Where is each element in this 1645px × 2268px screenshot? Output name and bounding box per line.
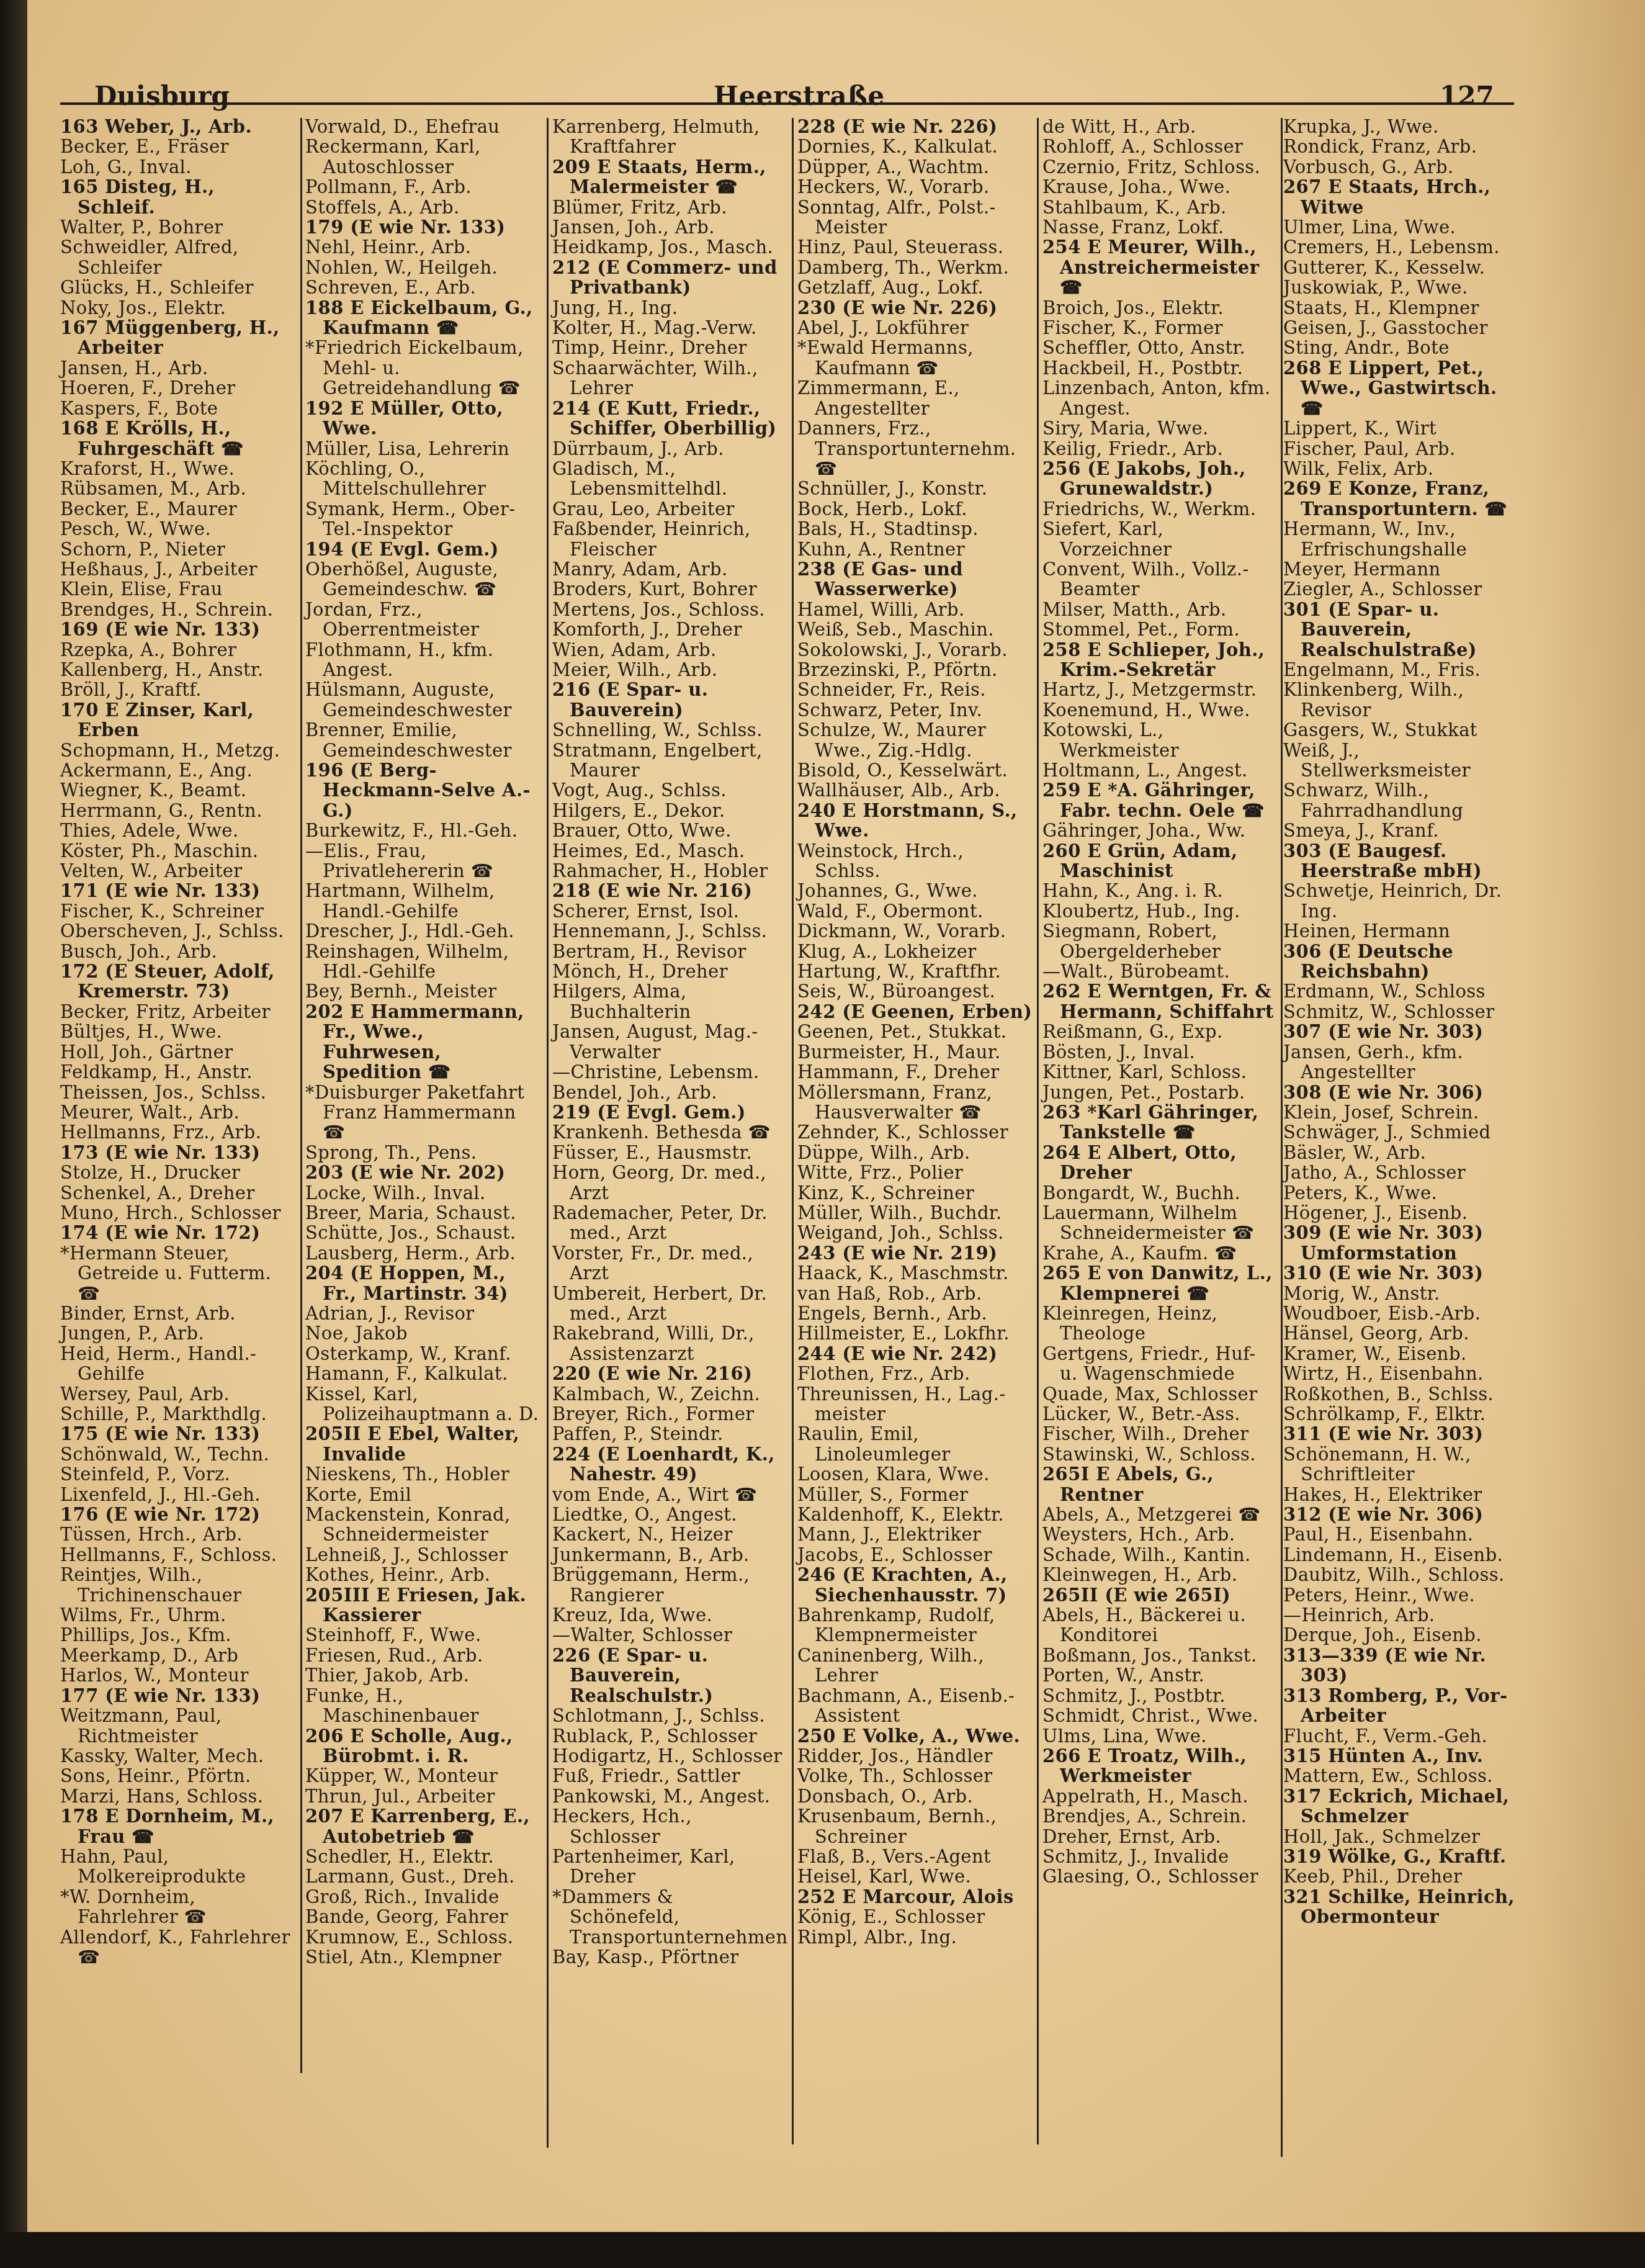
resident-entry: Morig, W., Anstr. [1283, 1284, 1519, 1303]
resident-entry: Horn, Georg, Dr. med., Arzt [552, 1163, 788, 1203]
resident-entry: Hamann, F., Kalkulat. [305, 1364, 541, 1384]
resident-entry: Walter, P., Bohrer [60, 217, 296, 237]
resident-entry: Sons, Heinr., Pförtn. [60, 1766, 296, 1786]
resident-entry: Abel, J., Lokführer [797, 318, 1033, 338]
resident-entry: Glaesing, O., Schlosser [1042, 1866, 1278, 1886]
resident-entry: Lauermann, Wilhelm Schneidermeister ☎ [1042, 1203, 1278, 1243]
resident-entry: Klein, Josef, Schrein. [1283, 1102, 1519, 1122]
resident-entry: Vorbusch, G., Arb. [1283, 157, 1519, 177]
resident-entry: Hermann, W., Inv., Erfrischungshalle [1283, 519, 1519, 559]
resident-entry: Milser, Matth., Arb. [1042, 600, 1278, 619]
house-number-entry: 260 E Grün, Adam, Maschinist [1042, 841, 1278, 881]
resident-entry: Siegmann, Robert, Obergelderheber [1042, 921, 1278, 961]
resident-entry: Breyer, Rich., Former [552, 1404, 788, 1424]
resident-entry: Juskowiak, P., Wwe. [1283, 277, 1519, 297]
house-number-entry: 312 (E wie Nr. 306) [1283, 1505, 1519, 1524]
resident-entry: Hartung, W., Kraftfhr. [797, 961, 1033, 981]
house-number-entry: 265 E von Danwitz, L., Klempnerei ☎ [1042, 1263, 1278, 1303]
house-number-entry: 303 (E Baugesf. Heerstraße mbH) [1283, 841, 1519, 881]
resident-entry: Fischer, K., Former [1042, 318, 1278, 338]
resident-entry: Rübsamen, M., Arb. [60, 479, 296, 498]
column-4: 228 (E wie Nr. 226)Dornies, K., Kalkulat… [797, 117, 1033, 1947]
resident-entry: *Hermann Steuer, Getreide u. Futterm. ☎ [60, 1243, 296, 1303]
resident-entry: Engels, Bernh., Arb. [797, 1303, 1033, 1323]
resident-entry: Dürrbaum, J., Arb. [552, 439, 788, 459]
house-number-entry: 209 E Staats, Herm., Malermeister ☎ [552, 157, 788, 197]
resident-entry: Seis, W., Büroangest. [797, 981, 1033, 1001]
house-number-entry: 240 E Horstmann, S., Wwe. [797, 801, 1033, 841]
house-number-entry: 308 (E wie Nr. 306) [1283, 1082, 1519, 1102]
house-number-entry: 252 E Marcour, Alois [797, 1887, 1033, 1907]
resident-entry: Kalmbach, W., Zeichn. [552, 1384, 788, 1404]
house-number-entry: 309 (E wie Nr. 303) Umformstation [1283, 1223, 1519, 1263]
resident-entry: Hinz, Paul, Steuerass. [797, 237, 1033, 257]
house-number-entry: 206 E Scholle, Aug., Bürobmt. i. R. [305, 1726, 541, 1766]
resident-entry: Brauer, Otto, Wwe. [552, 821, 788, 840]
resident-entry: Caninenberg, Wilh., Lehrer [797, 1645, 1033, 1686]
resident-entry: Hahn, Paul, Molkereiprodukte [60, 1847, 296, 1887]
resident-entry: Steinfeld, P., Vorz. [60, 1464, 296, 1484]
column-3: Karrenberg, Helmuth, Kraftfahrer209 E St… [552, 117, 788, 1967]
resident-entry: Schedler, H., Elektr. [305, 1847, 541, 1866]
resident-entry: Sting, Andr., Bote [1283, 338, 1519, 358]
house-number-entry: 203 (E wie Nr. 202) [305, 1163, 541, 1182]
resident-entry: Högener, J., Eisenb. [1283, 1203, 1519, 1223]
resident-entry: Krause, Joha., Wwe. [1042, 177, 1278, 197]
resident-entry: Herrmann, G., Rentn. [60, 801, 296, 821]
resident-entry: Bertram, H., Revisor [552, 942, 788, 961]
column-6: Krupka, J., Wwe.Rondick, Franz, Arb.Vorb… [1283, 117, 1519, 1927]
running-head-city: Duisburg [94, 81, 230, 111]
resident-entry: Scherer, Ernst, Isol. [552, 901, 788, 921]
resident-entry: Becker, E., Fräser [60, 137, 296, 156]
resident-entry: Gasgers, W., Stukkat [1283, 720, 1519, 740]
resident-entry: Broich, Jos., Elektr. [1042, 298, 1278, 318]
resident-entry: Kolter, H., Mag.-Verw. [552, 318, 788, 338]
resident-entry: Klug, A., Lokheizer [797, 942, 1033, 961]
house-number-entry: 176 (E wie Nr. 172) [60, 1505, 296, 1524]
house-number-entry: 168 E Krölls, H., Fuhrgeschäft ☎ [60, 418, 296, 459]
resident-entry: Vogt, Aug., Schlss. [552, 780, 788, 800]
resident-entry: Czernio, Fritz, Schloss. [1042, 157, 1278, 177]
resident-entry: Tüssen, Hrch., Arb. [60, 1524, 296, 1544]
resident-entry: *W. Dornheim, Fahrlehrer ☎ [60, 1887, 296, 1927]
resident-entry: Haack, K., Maschmstr. [797, 1263, 1033, 1283]
house-number-entry: 313—339 (E wie Nr. 303) [1283, 1645, 1519, 1686]
resident-entry: Quade, Max, Schlosser [1042, 1384, 1278, 1404]
resident-entry: Schnelling, W., Schlss. [552, 720, 788, 740]
house-number-entry: 212 (E Commerz- und Privatbank) [552, 258, 788, 298]
resident-entry: Bösten, J., Inval. [1042, 1042, 1278, 1062]
resident-entry: Mann, J., Elektriker [797, 1524, 1033, 1544]
resident-entry: Danners, Frz., Transportunternehm. ☎ [797, 418, 1033, 479]
resident-entry: Porten, W., Anstr. [1042, 1665, 1278, 1685]
resident-entry: Hamel, Willi, Arb. [797, 600, 1033, 619]
resident-entry: Wilms, Fr., Uhrm. [60, 1605, 296, 1625]
resident-entry: Boßmann, Jos., Tankst. [1042, 1645, 1278, 1665]
resident-entry: Gähringer, Joha., Ww. [1042, 821, 1278, 840]
resident-entry: Threunissen, H., Lag.-meister [797, 1384, 1033, 1424]
resident-entry: Jungen, P., Arb. [60, 1323, 296, 1343]
resident-entry: Gladisch, M., Lebensmittelhdl. [552, 459, 788, 499]
resident-entry: Schneider, Fr., Reis. [797, 680, 1033, 700]
house-number-entry: 205III E Friesen, Jak. Kassierer [305, 1585, 541, 1626]
resident-entry: Koenemund, H., Wwe. [1042, 700, 1278, 720]
resident-entry: Schopmann, H., Metzg. [60, 740, 296, 760]
resident-entry: Jansen, H., Arb. [60, 358, 296, 378]
resident-entry: Brüggemann, Herm., Rangierer [552, 1565, 788, 1605]
resident-entry: Getzlaff, Aug., Lokf. [797, 277, 1033, 297]
resident-entry: Krankenh. Bethesda ☎ [552, 1122, 788, 1142]
resident-entry: Hilgers, E., Dekor. [552, 801, 788, 821]
resident-entry: Brzezinski, P., Pförtn. [797, 660, 1033, 680]
resident-entry: Breer, Maria, Schaust. [305, 1203, 541, 1223]
resident-entry: Nohlen, W., Heilgeh. [305, 258, 541, 277]
resident-entry: —Christine, Lebensm. [552, 1062, 788, 1082]
resident-entry: Lindemann, H., Eisenb. [1283, 1545, 1519, 1565]
column-divider [1037, 118, 1039, 2144]
resident-entry: Cremers, H., Lebensm. [1283, 237, 1519, 257]
resident-entry: Stiel, Atn., Klempner [305, 1947, 541, 1967]
resident-entry: Binder, Ernst, Arb. [60, 1303, 296, 1323]
resident-entry: Daubitz, Wilh., Schloss. [1283, 1565, 1519, 1585]
resident-entry: Kramer, W., Eisenb. [1283, 1344, 1519, 1364]
resident-entry: Linzenbach, Anton, kfm. Angest. [1042, 378, 1278, 418]
house-number-entry: 264 E Albert, Otto, Dreher [1042, 1143, 1278, 1183]
house-number-entry: 169 (E wie Nr. 133) [60, 619, 296, 639]
resident-entry: Paul, H., Eisenbahn. [1283, 1524, 1519, 1544]
resident-entry: Feldkamp, H., Anstr. [60, 1062, 296, 1082]
resident-entry: Pollmann, F., Arb. [305, 177, 541, 197]
resident-entry: Brenner, Emilie, Gemeindeschwester [305, 720, 541, 760]
resident-entry: Meier, Wilh., Arb. [552, 660, 788, 680]
resident-entry: Velten, W., Arbeiter [60, 861, 296, 881]
house-number-entry: 243 (E wie Nr. 219) [797, 1243, 1033, 1263]
resident-entry: Schmitz, W., Schlosser [1283, 1002, 1519, 1022]
resident-entry: Düppe, Wilh., Arb. [797, 1143, 1033, 1163]
resident-entry: Korte, Emil [305, 1485, 541, 1505]
house-number-entry: 207 E Karrenberg, E., Autobetrieb ☎ [305, 1806, 541, 1847]
resident-entry: Ziegler, A., Schlosser [1283, 579, 1519, 599]
resident-entry: Jansen, Joh., Arb. [552, 217, 788, 237]
house-number-entry: 319 Wölke, G., Kraftf. [1283, 1847, 1519, 1866]
resident-entry: Roßkothen, B., Schlss. [1283, 1384, 1519, 1404]
house-number-entry: 268 E Lippert, Pet., Wwe., Gastwirtsch. … [1283, 358, 1519, 418]
resident-entry: Meerkamp, D., Arb [60, 1645, 296, 1665]
resident-entry: Schnüller, J., Konstr. [797, 479, 1033, 498]
resident-entry: Hellmanns, Frz., Arb. [60, 1122, 296, 1142]
resident-entry: Schlotmann, J., Schlss. [552, 1706, 788, 1726]
resident-entry: Schmitz, J., Postbtr. [1042, 1686, 1278, 1706]
resident-entry: Flaß, B., Vers.-Agent [797, 1847, 1033, 1866]
resident-entry: Schwarz, Peter, Inv. [797, 700, 1033, 720]
resident-entry: Hammann, F., Dreher [797, 1062, 1033, 1082]
resident-entry: Volke, Th., Schlosser [797, 1766, 1033, 1786]
column-1: 163 Weber, J., Arb.Becker, E., FräserLoh… [60, 117, 296, 1967]
resident-entry: Schütte, Jos., Schaust. [305, 1223, 541, 1243]
resident-entry: Loosen, Klara, Wwe. [797, 1464, 1033, 1484]
resident-entry: Locke, Wilh., Inval. [305, 1183, 541, 1203]
resident-entry: Keeb, Phil., Dreher [1283, 1866, 1519, 1886]
house-number-entry: 238 (E Gas- und Wasserwerke) [797, 559, 1033, 600]
house-number-entry: 205II E Ebel, Walter, Invalide [305, 1424, 541, 1464]
resident-entry: Kissel, Karl, Polizeihauptmann a. D. [305, 1384, 541, 1424]
resident-entry: Komforth, J., Dreher [552, 619, 788, 639]
resident-entry: Busch, Joh., Arb. [60, 942, 296, 961]
resident-entry: Ridder, Jos., Händler [797, 1746, 1033, 1766]
house-number-entry: 224 (E Loenhardt, K., Nahestr. 49) [552, 1444, 788, 1485]
resident-entry: Rublack, P., Schlosser [552, 1726, 788, 1746]
resident-entry: Siry, Maria, Wwe. [1042, 418, 1278, 438]
resident-entry: Köster, Ph., Maschin. [60, 841, 296, 861]
house-number-entry: 265I E Abels, G., Rentner [1042, 1464, 1278, 1505]
resident-entry: Wallhäuser, Alb., Arb. [797, 780, 1033, 800]
resident-entry: Jordan, Frz., Oberrentmeister [305, 600, 541, 640]
resident-entry: Lausberg, Herm., Arb. [305, 1243, 541, 1263]
resident-entry: Donsbach, O., Arb. [797, 1786, 1033, 1806]
resident-entry: Keilig, Friedr., Arb. [1042, 439, 1278, 459]
column-5: de Witt, H., Arb.Rohloff, A., SchlosserC… [1042, 117, 1278, 1887]
house-number-entry: 177 (E wie Nr. 133) [60, 1686, 296, 1706]
resident-entry: Schille, P., Markthdlg. [60, 1404, 296, 1424]
house-number-entry: 165 Disteg, H., Schleif. [60, 177, 296, 217]
resident-entry: Ackermann, E., Ang. [60, 760, 296, 780]
house-number-entry: 301 (E Spar- u. Bauverein, Realschulstra… [1283, 600, 1519, 660]
resident-entry: Broders, Kurt, Bohrer [552, 579, 788, 599]
resident-entry: Noe, Jakob [305, 1323, 541, 1343]
house-number-entry: 202 E Hammermann, Fr., Wwe., Fuhrwesen, … [305, 1002, 541, 1082]
resident-entry: Kinz, K., Schreiner [797, 1183, 1033, 1203]
resident-entry: Loh, G., Inval. [60, 157, 296, 177]
house-number-entry: 220 (E wie Nr. 216) [552, 1364, 788, 1384]
house-number-entry: 175 (E wie Nr. 133) [60, 1424, 296, 1444]
resident-entry: Gutterer, K., Kesselw. [1283, 258, 1519, 277]
resident-entry: Klinkenberg, Wilh., Revisor [1283, 680, 1519, 720]
resident-entry: Larmann, Gust., Dreh. [305, 1866, 541, 1886]
resident-entry: Funke, H., Maschinenbauer [305, 1686, 541, 1726]
house-number-entry: 163 Weber, J., Arb. [60, 117, 296, 137]
resident-entry: Kassky, Walter, Mech. [60, 1746, 296, 1766]
resident-entry: Karrenberg, Helmuth, Kraftfahrer [552, 117, 788, 157]
resident-entry: Convent, Wilh., Vollz.-Beamter [1042, 559, 1278, 600]
resident-entry: Smeya, J., Kranf. [1283, 821, 1519, 840]
house-number-entry: 317 Eckrich, Michael, Schmelzer [1283, 1786, 1519, 1827]
resident-entry: Jung, H., Ing. [552, 298, 788, 318]
column-divider [547, 118, 549, 2148]
house-number-entry: 219 (E Evgl. Gem.) [552, 1102, 788, 1122]
resident-entry: Müller, Wilh., Buchdr. [797, 1203, 1033, 1223]
resident-entry: Umbereit, Herbert, Dr. med., Arzt [552, 1284, 788, 1324]
resident-entry: Johannes, G., Wwe. [797, 881, 1033, 901]
resident-entry: Reckermann, Karl, Autoschlosser [305, 137, 541, 177]
resident-entry: Weiß, Seb., Maschin. [797, 619, 1033, 639]
resident-entry: Steinhoff, F., Wwe. [305, 1625, 541, 1645]
resident-entry: Weysters, Hch., Arb. [1042, 1524, 1278, 1544]
resident-entry: Heinen, Hermann [1283, 921, 1519, 941]
house-number-entry: 315 Hünten A., Inv. [1283, 1746, 1519, 1766]
resident-entry: Fischer, K., Schreiner [60, 901, 296, 921]
house-number-entry: 244 (E wie Nr. 242) [797, 1344, 1033, 1364]
resident-entry: Schmitz, J., Invalide [1042, 1847, 1278, 1866]
resident-entry: Pankowski, M., Angest. [552, 1786, 788, 1806]
resident-entry: Heidkamp, Jos., Masch. [552, 237, 788, 257]
resident-entry: Osterkamp, W., Kranf. [305, 1344, 541, 1364]
column-divider [1281, 118, 1283, 2157]
resident-entry: van Haß, Rob., Arb. [797, 1284, 1033, 1303]
resident-entry: Symank, Herm., Ober-Tel.-Inspektor [305, 499, 541, 539]
resident-entry: Fuß, Friedr., Sattler [552, 1766, 788, 1786]
resident-entry: Oberscheven, J., Schlss. [60, 921, 296, 941]
resident-entry: Kallenberg, H., Anstr. [60, 660, 296, 680]
resident-entry: Adrian, J., Revisor [305, 1303, 541, 1323]
resident-entry: Kaspers, F., Bote [60, 398, 296, 418]
resident-entry: Abels, A., Metzgerei ☎ [1042, 1505, 1278, 1524]
header-rule [60, 102, 1514, 105]
resident-entry: Nasse, Franz, Lokf. [1042, 217, 1278, 237]
resident-entry: Stommel, Pet., Form. [1042, 619, 1278, 639]
house-number-entry: 310 (E wie Nr. 303) [1283, 1263, 1519, 1283]
resident-entry: Stawinski, W., Schloss. [1042, 1444, 1278, 1464]
house-number-entry: 259 E *A. Gähringer, Fabr. techn. Oele ☎ [1042, 780, 1278, 821]
resident-entry: Jacobs, E., Schlosser [797, 1545, 1033, 1565]
resident-entry: Rademacher, Peter, Dr. med., Arzt [552, 1203, 788, 1243]
resident-entry: Bals, H., Stadtinsp. [797, 519, 1033, 539]
resident-entry: —Walter, Schlosser [552, 1625, 788, 1645]
resident-entry: Schreven, E., Arb. [305, 277, 541, 297]
resident-entry: Wersey, Paul, Arb. [60, 1384, 296, 1404]
resident-entry: Möllersmann, Franz, Hausverwalter ☎ [797, 1082, 1033, 1123]
resident-entry: Kuhn, A., Rentner [797, 539, 1033, 559]
resident-entry: Stratmann, Engelbert, Maurer [552, 740, 788, 781]
house-number-entry: 174 (E wie Nr. 172) [60, 1223, 296, 1243]
resident-entry: Bande, Georg, Fahrer [305, 1907, 541, 1927]
resident-entry: Burkewitz, F., Hl.-Geh. [305, 821, 541, 840]
resident-entry: Jansen, August, Mag.-Verwalter [552, 1022, 788, 1062]
resident-entry: Hennemann, J., Schlss. [552, 921, 788, 941]
resident-entry: Dreher, Ernst, Arb. [1042, 1827, 1278, 1847]
resident-entry: Schweidler, Alfred, Schleifer [60, 237, 296, 277]
resident-entry: Paffen, P., Steindr. [552, 1424, 788, 1444]
resident-entry: Wilk, Felix, Arb. [1283, 459, 1519, 479]
resident-entry: Friedrichs, W., Werkm. [1042, 499, 1278, 519]
resident-entry: Kittner, Karl, Schloss. [1042, 1062, 1278, 1082]
resident-entry: Vorster, Fr., Dr. med., Arzt [552, 1243, 788, 1284]
house-number-entry: 179 (E wie Nr. 133) [305, 217, 541, 237]
resident-entry: Abels, H., Bäckerei u. Konditorei [1042, 1605, 1278, 1645]
resident-entry: Sonntag, Alfr., Polst.-Meister [797, 197, 1033, 238]
resident-entry: Bröll, J., Kraftf. [60, 680, 296, 700]
resident-entry: Wiegner, K., Beamt. [60, 780, 296, 800]
resident-entry: Mattern, Ew., Schloss. [1283, 1766, 1519, 1786]
column-divider [792, 118, 794, 2144]
resident-entry: Holl, Jak., Schmelzer [1283, 1827, 1519, 1847]
resident-entry: Glücks, H., Schleifer [60, 277, 296, 297]
house-number-entry: 242 (E Geenen, Erben) [797, 1002, 1033, 1022]
resident-entry: Thies, Adele, Wwe. [60, 821, 296, 840]
resident-entry: Bongardt, W., Buchh. [1042, 1183, 1278, 1203]
resident-entry: Reintjes, Wilh., Trichinenschauer [60, 1565, 296, 1605]
resident-entry: Hahn, K., Ang. i. R. [1042, 881, 1278, 901]
house-number-entry: 321 Schilke, Heinrich, Obermonteur [1283, 1887, 1519, 1927]
house-number-entry: 218 (E wie Nr. 216) [552, 881, 788, 901]
house-number-entry: 188 E Eickelbaum, G., Kaufmann ☎ [305, 298, 541, 338]
house-number-entry: 216 (E Spar- u. Bauverein) [552, 680, 788, 720]
resident-entry: Müller, S., Former [797, 1485, 1033, 1505]
resident-entry: —Walt., Bürobeamt. [1042, 961, 1278, 981]
resident-entry: Friesen, Rud., Arb. [305, 1645, 541, 1665]
resident-entry: Bisold, O., Kesselwärt. [797, 760, 1033, 780]
resident-entry: Raulin, Emil, Linoleumleger [797, 1424, 1033, 1464]
resident-entry: Grau, Leo, Arbeiter [552, 499, 788, 519]
column-divider [300, 118, 302, 2073]
resident-entry: Bock, Herb., Lokf. [797, 499, 1033, 519]
house-number-entry: 311 (E wie Nr. 303) [1283, 1424, 1519, 1444]
resident-entry: Reinshagen, Wilhelm, Hdl.-Gehilfe [305, 942, 541, 982]
resident-entry: *Duisburger Paketfahrt Franz Hammermann … [305, 1082, 541, 1143]
resident-entry: Heckers, W., Vorarb. [797, 177, 1033, 197]
resident-entry: Stoffels, A., Arb. [305, 197, 541, 217]
resident-entry: Wald, F., Obermont. [797, 901, 1033, 921]
resident-entry: Köchling, O., Mittelschullehrer [305, 459, 541, 499]
resident-entry: Junkermann, B., Arb. [552, 1545, 788, 1565]
resident-entry: Theissen, Jos., Schlss. [60, 1082, 296, 1102]
resident-entry: Erdmann, W., Schloss [1283, 981, 1519, 1001]
resident-entry: Weitzmann, Paul, Richtmeister [60, 1706, 296, 1746]
resident-entry: Flucht, F., Verm.-Geh. [1283, 1726, 1519, 1746]
resident-entry: Hoeren, F., Dreher [60, 378, 296, 398]
resident-entry: Brendjes, A., Schrein. [1042, 1806, 1278, 1826]
house-number-entry: 263 *Karl Gähringer, Tankstelle ☎ [1042, 1102, 1278, 1143]
resident-entry: Mönch, H., Dreher [552, 961, 788, 981]
resident-entry: —Elis., Frau, Privatlehererin ☎ [305, 841, 541, 881]
resident-entry: Meurer, Walt., Arb. [60, 1102, 296, 1122]
resident-entry: Becker, E., Maurer [60, 499, 296, 519]
house-number-entry: 230 (E wie Nr. 226) [797, 298, 1033, 318]
resident-entry: Mertens, Jos., Schloss. [552, 600, 788, 619]
house-number-entry: 196 (E Berg-Heckmann-Selve A.-G.) [305, 760, 541, 821]
resident-entry: Groß, Rich., Invalide [305, 1887, 541, 1907]
resident-entry: Drescher, J., Hdl.-Geh. [305, 921, 541, 941]
resident-entry: Schrölkamp, F., Elktr. [1283, 1404, 1519, 1424]
resident-entry: Rondick, Franz, Arb. [1283, 137, 1519, 156]
resident-entry: Kloubertz, Hub., Ing. [1042, 901, 1278, 921]
house-number-entry: 226 (E Spar- u. Bauverein, Realschulstr.… [552, 1645, 788, 1706]
resident-entry: Zehnder, K., Schlosser [797, 1122, 1033, 1142]
resident-entry: Hackbeil, H., Postbtr. [1042, 358, 1278, 378]
house-number-entry: 214 (E Kutt, Friedr., Schiffer, Oberbill… [552, 398, 788, 439]
resident-entry: Kraforst, H., Wwe. [60, 459, 296, 479]
resident-entry: Blümer, Fritz, Arb. [552, 197, 788, 217]
resident-entry: Rahmacher, H., Hobler [552, 861, 788, 881]
resident-entry: Fischer, Wilh., Dreher [1042, 1424, 1278, 1444]
resident-entry: Klein, Elise, Frau [60, 579, 296, 599]
resident-entry: Sokolowski, J., Vorarb. [797, 640, 1033, 660]
resident-entry: Mackenstein, Konrad, Schneidermeister [305, 1505, 541, 1545]
resident-entry: Brendges, H., Schrein. [60, 600, 296, 619]
resident-entry: *Dammers & Schönefeld, Transportunterneh… [552, 1887, 788, 1947]
resident-entry: Bahrenkamp, Rudolf, Klempnermeister [797, 1605, 1033, 1645]
resident-entry: Vorwald, D., Ehefrau [305, 117, 541, 137]
resident-entry: Krahe, A., Kaufm. ☎ [1042, 1243, 1278, 1263]
resident-entry: Jungen, Pet., Postarb. [1042, 1082, 1278, 1102]
house-number-entry: 246 (E Krachten, A., Siechenhausstr. 7) [797, 1565, 1033, 1605]
house-number-entry: 178 E Dornheim, M., Frau ☎ [60, 1806, 296, 1847]
resident-entry: Schade, Wilh., Kantin. [1042, 1545, 1278, 1565]
resident-entry: *Ewald Hermanns, Kaufmann ☎ [797, 338, 1033, 378]
house-number-entry: 267 E Staats, Hrch., Witwe [1283, 177, 1519, 217]
house-number-entry: 254 E Meurer, Wilh., Anstreichermeister … [1042, 237, 1278, 297]
resident-entry: Schwäger, J., Schmied [1283, 1122, 1519, 1142]
